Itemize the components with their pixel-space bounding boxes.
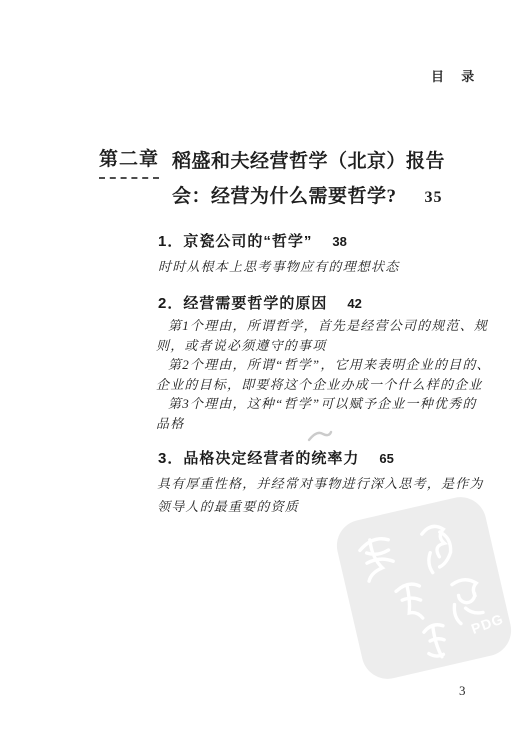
reason-2-line-2: 企业的目标，即要将这个企业办成一个什么样的企业 — [156, 375, 491, 395]
chapter-number: 第二章 — [99, 144, 159, 179]
chapter-entry: 第二章 稻盛和夫经营哲学（北京）报告 会：经营为什么需要哲学?35 — [99, 144, 445, 215]
chapter-number-column: 第二章 — [99, 144, 172, 179]
toc-page: 目 录 第二章 稻盛和夫经营哲学（北京）报告 会：经营为什么需要哲学?35 1．… — [0, 0, 522, 756]
section-2-page-number: 42 — [347, 296, 361, 311]
reason-3-line-1: 第3个理由，这种“哲学”可以赋予企业一种优秀的 — [156, 394, 491, 414]
seal-characters-icon — [332, 492, 517, 684]
reason-1-line-1: 第1个理由，所谓哲学，首先是经营公司的规范、规 — [156, 316, 491, 336]
section-1-heading-text: 1．京瓷公司的“哲学” — [158, 233, 312, 250]
running-head: 目 录 — [431, 66, 481, 85]
section-1-page-number: 38 — [332, 234, 346, 249]
chapter-title: 稻盛和夫经营哲学（北京）报告 会：经营为什么需要哲学?35 — [172, 144, 445, 215]
reason-1-line-2: 则，或者说必须遵守的事项 — [156, 336, 491, 356]
seal-watermark: PDG — [332, 492, 517, 684]
section-2-heading-text: 2．经营需要哲学的原因 — [158, 295, 327, 312]
reason-2-line-1: 第2个理由，所谓“哲学”，它用来表明企业的目的、 — [156, 355, 491, 375]
page-number: 3 — [459, 683, 466, 699]
section-1-heading: 1．京瓷公司的“哲学”38 — [158, 230, 347, 251]
section-3-page-number: 65 — [379, 451, 393, 466]
chapter-title-line2-text: 会：经营为什么需要哲学? — [172, 186, 397, 207]
scan-smudge — [305, 428, 333, 444]
section-3-note-line-1: 具有厚重性格，并经常对事物进行深入思考，是作为 — [157, 472, 484, 495]
section-2-notes: 第1个理由，所谓哲学，首先是经营公司的规范、规 则，或者说必须遵守的事项 第2个… — [156, 316, 491, 434]
section-3-heading-text: 3．品格决定经营者的统率力 — [158, 450, 359, 467]
section-1-note: 时时从根本上思考事物应有的理想状态 — [158, 256, 399, 275]
section-2-heading: 2．经营需要哲学的原因42 — [158, 292, 362, 313]
chapter-page-number: 35 — [425, 189, 443, 206]
chapter-title-line2: 会：经营为什么需要哲学?35 — [172, 179, 445, 215]
chapter-title-line1: 稻盛和夫经营哲学（北京）报告 — [172, 144, 445, 179]
section-3-heading: 3．品格决定经营者的统率力65 — [158, 447, 394, 468]
